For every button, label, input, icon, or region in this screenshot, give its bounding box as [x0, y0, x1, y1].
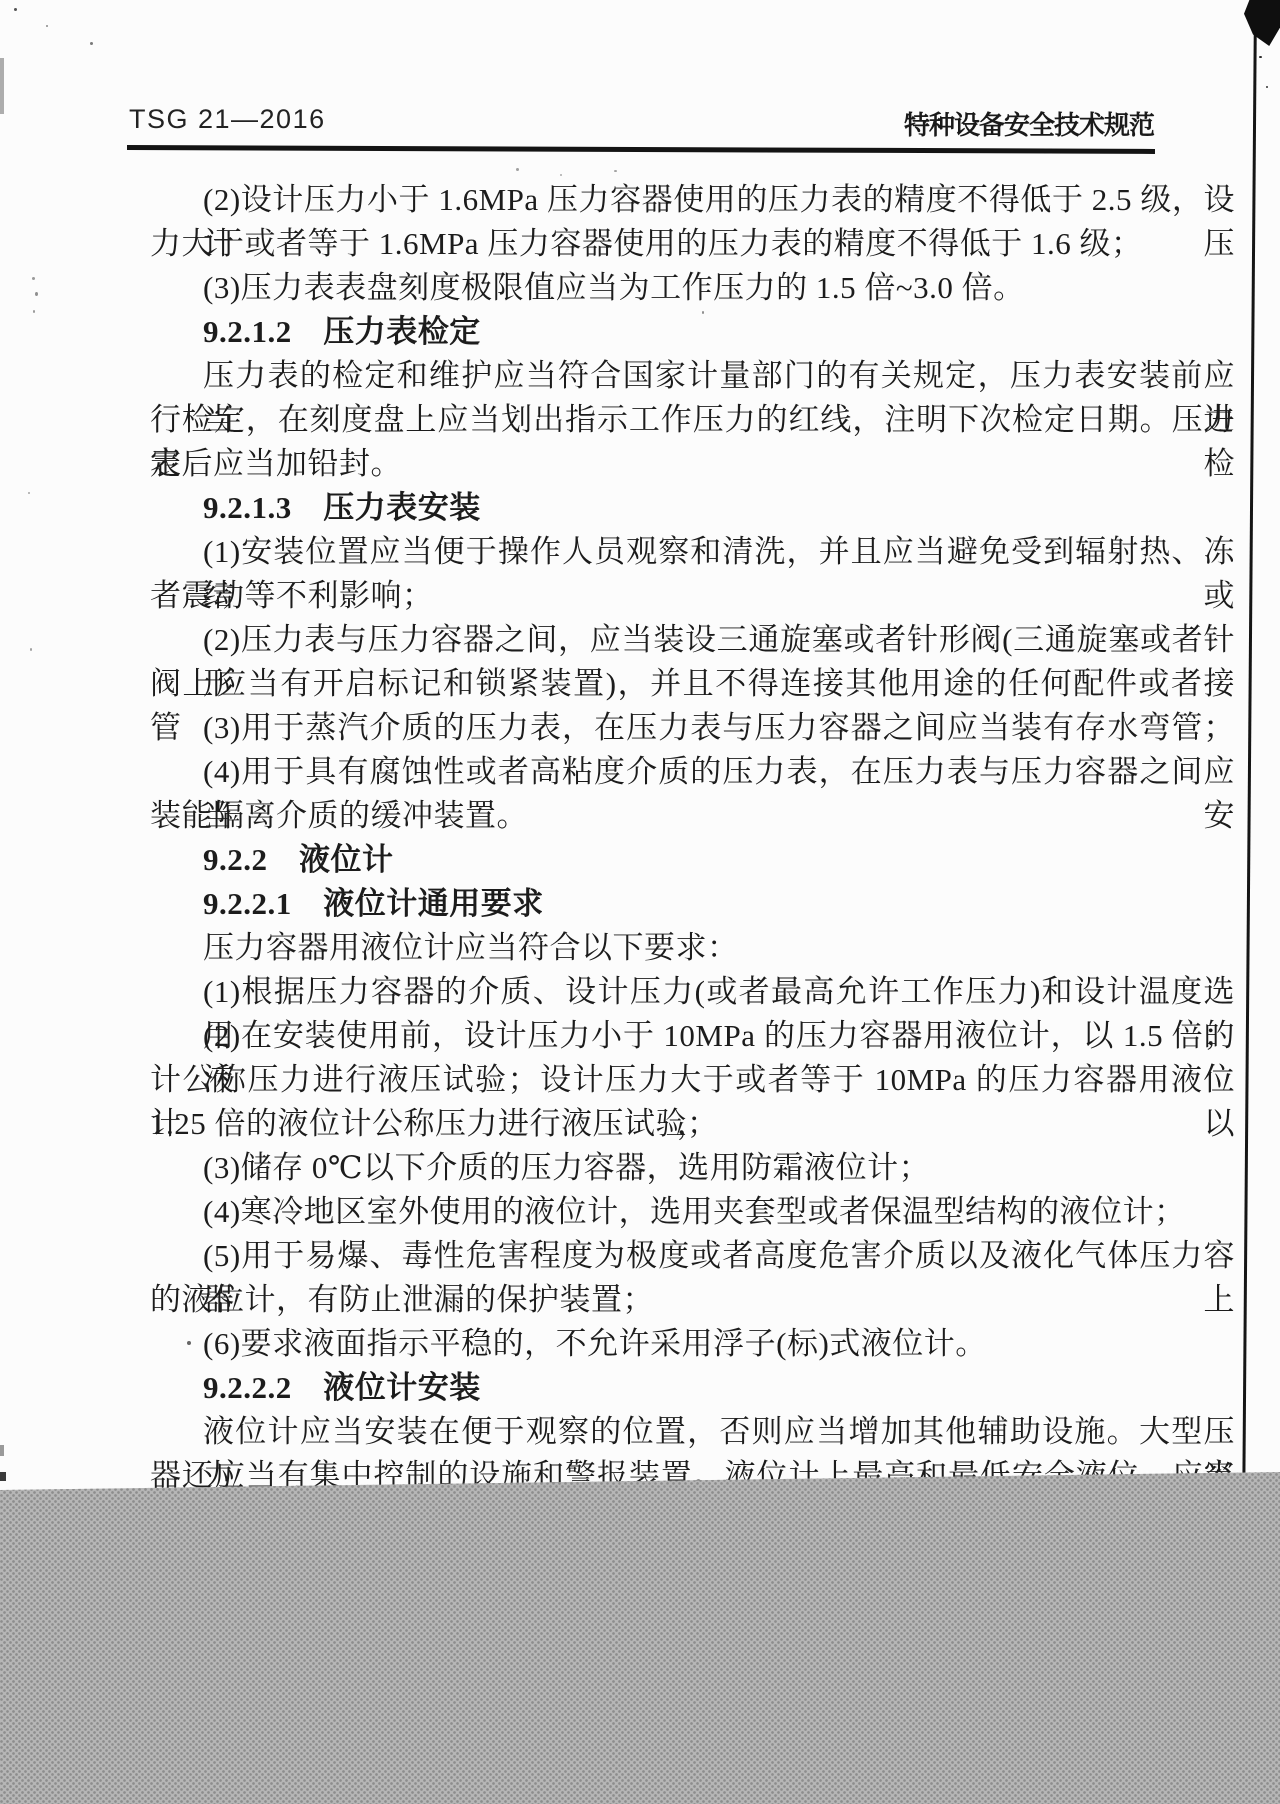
noise-speck — [32, 277, 35, 280]
text-line: (4)寒冷地区室外使用的液位计，选用夹套型或者保温型结构的液位计； — [203, 1190, 1186, 1234]
noise-speck — [33, 310, 35, 313]
noise-speck — [14, 8, 17, 11]
text-line: (4)用于具有腐蚀性或者高粘度介质的压力表，在压力表与压力容器之间应当安 — [203, 750, 1235, 794]
scan-edge-dash — [0, 1472, 6, 1481]
text-line: 1.25 倍的液位计公称压力进行液压试验； — [150, 1102, 719, 1146]
noise-speck — [1266, 86, 1268, 88]
section-heading: 9.2.2.2 液位计安装 — [203, 1366, 481, 1410]
text-line: (5)用于易爆、毒性危害程度为极度或者高度危害介质以及液化气体压力容器上 — [203, 1234, 1235, 1278]
noise-speck — [187, 1341, 191, 1345]
section-heading: 9.2.2.1 液位计通用要求 — [203, 882, 544, 926]
noise-speck — [702, 311, 704, 314]
text-line: 的液位计，有防止泄漏的保护装置； — [150, 1278, 654, 1322]
noise-speck — [30, 648, 32, 651]
scan-edge-mark — [0, 1445, 4, 1456]
text-line: 定后应当加铅封。 — [150, 442, 402, 486]
text-line: 压力容器用液位计应当符合以下要求： — [203, 926, 739, 970]
noise-speck — [560, 174, 562, 176]
section-heading: 9.2.1.3 压力表安装 — [203, 486, 481, 530]
text-line: (2)在安装使用前，设计压力小于 10MPa 的压力容器用液位计，以 1.5 倍… — [203, 1014, 1235, 1058]
text-line: 力大于或者等于 1.6MPa 压力容器使用的压力表的精度不得低于 1.6 级； — [150, 222, 1143, 266]
text-line: 阀上应当有开启标记和锁紧装置)，并且不得连接其他用途的任何配件或者接管； — [150, 662, 1235, 706]
noise-speck — [1259, 56, 1262, 58]
text-line: 者震动等不利影响； — [150, 574, 434, 618]
noise-speck — [90, 42, 93, 45]
scan-artifact-halftone-band — [0, 1470, 1280, 1804]
text-line: (3)用于蒸汽介质的压力表，在压力表与压力容器之间应当装有存水弯管； — [203, 706, 1235, 750]
text-line: 液位计应当安装在便于观察的位置，否则应当增加其他辅助设施。大型压力容 — [203, 1410, 1235, 1454]
noise-speck — [516, 168, 519, 171]
section-heading: 9.2.1.2 压力表检定 — [203, 310, 481, 354]
text-line: (3)压力表表盘刻度极限值应当为工作压力的 1.5 倍~3.0 倍。 — [203, 266, 1025, 310]
text-line: (2)压力表与压力容器之间，应当装设三通旋塞或者针形阀(三通旋塞或者针形 — [203, 618, 1235, 662]
text-line: (1)根据压力容器的介质、设计压力(或者最高允许工作压力)和设计温度选用； — [203, 970, 1235, 1014]
scanned-document-page: TSG 21—2016 特种设备安全技术规范 (2)设计压力小于 1.6MPa … — [0, 0, 1280, 1804]
noise-speck — [35, 292, 38, 296]
text-line: 计公称压力进行液压试验；设计压力大于或者等于 10MPa 的压力容器用液位计，以 — [150, 1058, 1235, 1102]
noise-speck — [46, 25, 48, 27]
scan-edge-streak — [0, 58, 4, 114]
text-line: 装能隔离介质的缓冲装置。 — [150, 794, 528, 838]
text-line: (2)设计压力小于 1.6MPa 压力容器使用的压力表的精度不得低于 2.5 级… — [203, 178, 1235, 222]
text-line: 压力表的检定和维护应当符合国家计量部门的有关规定，压力表安装前应当进 — [203, 354, 1235, 398]
section-heading: 9.2.2 液位计 — [203, 838, 394, 882]
text-line: (1)安装位置应当便于操作人员观察和清洗，并且应当避免受到辐射热、冻结或 — [203, 530, 1235, 574]
text-line: 行检定，在刻度盘上应当划出指示工作压力的红线，注明下次检定日期。压力表检 — [150, 398, 1235, 442]
noise-speck — [614, 170, 617, 172]
text-line: (6)要求液面指示平稳的，不允许采用浮子(标)式液位计。 — [203, 1322, 987, 1366]
noise-speck — [28, 492, 30, 494]
text-line: (3)储存 0℃以下介质的压力容器，选用防霜液位计； — [203, 1146, 930, 1190]
